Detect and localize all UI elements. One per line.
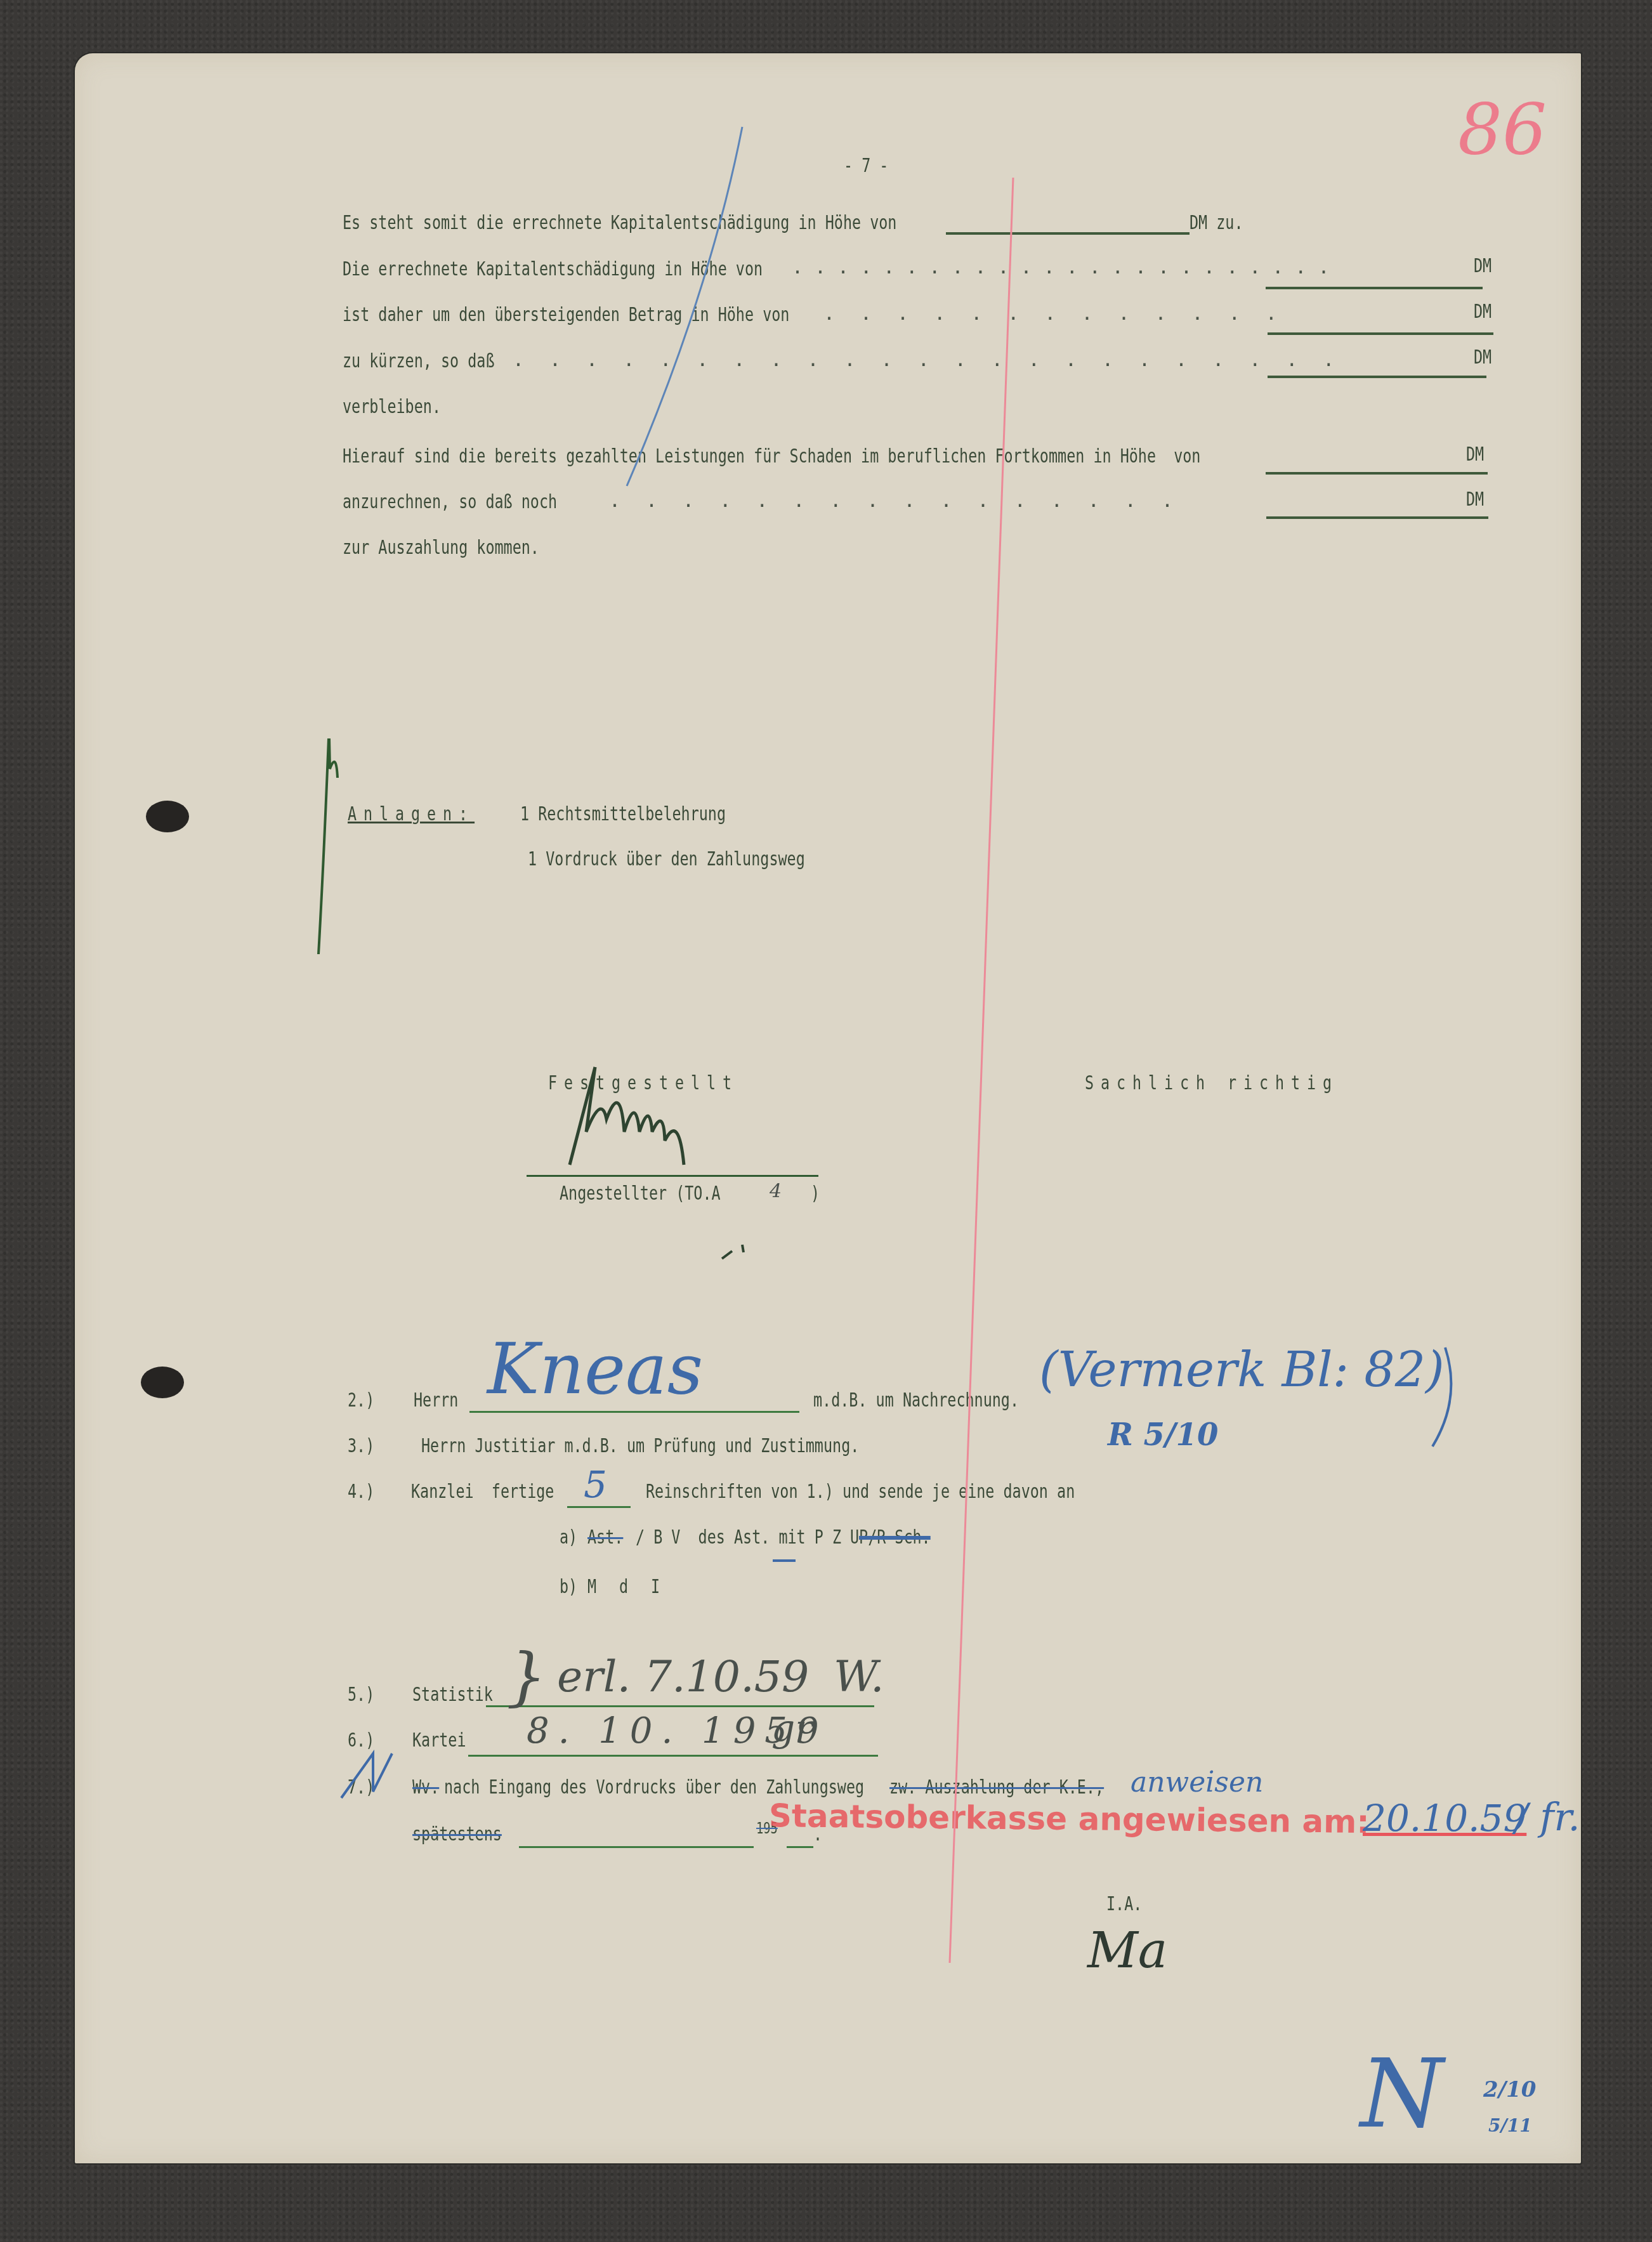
item-number: 5.) — [348, 1684, 374, 1706]
corner-initials: N — [1360, 2039, 1443, 2149]
kartei-blank — [468, 1755, 878, 1757]
item-text: Statistik — [412, 1684, 493, 1706]
sachlich-richtig-heading: Sachlich richtig — [1085, 1072, 1339, 1094]
stamp-date: 20.10.59 — [1363, 1797, 1526, 1840]
count-blank — [567, 1506, 631, 1508]
leader-dots-7: ................ — [609, 490, 1198, 512]
item-text-after: m.d.B. um Nachrechnung. — [813, 1389, 1019, 1412]
sub-a-text: / B V des Ast. mit P Z U / — [636, 1526, 877, 1549]
pzu-underline — [773, 1559, 796, 1562]
item-number: 2.) — [348, 1389, 374, 1412]
stamp-initials: / fr. — [1515, 1795, 1580, 1840]
attachment-item-1: 1 Rechtsmittelbelehrung — [520, 803, 726, 825]
calc-unit-1: DM zu. — [1190, 212, 1243, 234]
calc-line-7: anzurechnen, so daß noch — [343, 491, 557, 513]
calc-line-2: Die errechnete Kapitalentschädigung in H… — [343, 258, 763, 280]
handwritten-anweisen: anweisen — [1131, 1766, 1263, 1799]
calc-line-3: ist daher um den übersteigenden Betrag i… — [343, 304, 789, 326]
calc-blank-3 — [1268, 332, 1493, 335]
sub-a-struck: Ast. — [587, 1526, 623, 1549]
calc-unit-2: DM — [1474, 255, 1491, 277]
spaetestens-blank — [519, 1846, 754, 1848]
spaetestens-struck: spätestens — [412, 1823, 502, 1845]
brace: } — [506, 1639, 547, 1714]
punch-hole-lower — [141, 1367, 184, 1398]
item-number: 7.) — [348, 1776, 374, 1799]
item-struck-start: Wv. — [412, 1776, 439, 1799]
calc-blank-1 — [946, 232, 1190, 235]
handwritten-name: Kneas — [487, 1328, 703, 1410]
stamp-text: Staatsoberkasse angewiesen am: — [769, 1797, 1370, 1840]
handwritten-count: 5 — [584, 1463, 607, 1506]
attachments-label: Anlagen: — [348, 803, 475, 825]
attachment-item-2: 1 Vordruck über den Zahlungsweg — [528, 848, 805, 870]
sub-b-label: b) — [560, 1576, 577, 1598]
margin-mark-line — [318, 738, 329, 954]
calc-line-5: verbleiben. — [343, 396, 441, 418]
calc-unit-3: DM — [1474, 301, 1491, 323]
calc-line-4: zu kürzen, so daß — [343, 350, 494, 372]
ia-signature: Ma — [1087, 1922, 1167, 1979]
handwritten-vermerk: (Vermerk Bl: 82) — [1039, 1341, 1445, 1398]
document-page: 86 - 7 - Es steht somit die errechnete K… — [75, 53, 1581, 2163]
leader-dots-4: ....................... — [513, 349, 1360, 371]
calc-unit-7: DM — [1466, 488, 1484, 511]
signer-role-close: ) — [811, 1183, 820, 1205]
ia-label: I.A. — [1106, 1893, 1142, 1915]
statistik-initials: W. — [834, 1652, 884, 1702]
calc-unit-4: DM — [1474, 346, 1491, 369]
handwritten-initials: R 5/10 — [1108, 1417, 1218, 1453]
folio-number: 86 — [1458, 89, 1547, 170]
handwritten-statistik: erl. 7.10.59 — [557, 1652, 809, 1702]
sub-a-struck-end: P R Sch. — [859, 1526, 931, 1549]
sub-b-text: M d I — [587, 1576, 667, 1598]
item-number: 3.) — [348, 1435, 374, 1457]
item-struck-end: zw. Auszahlung der K.E., — [889, 1776, 1104, 1799]
corner-date-2: 5/11 — [1488, 2115, 1532, 2136]
punch-hole-upper — [146, 801, 189, 832]
year-blank — [787, 1846, 813, 1848]
kartei-initials: gr — [771, 1707, 813, 1750]
leader-dots-2: ........................ — [792, 256, 1341, 279]
signer-grade: 4 — [770, 1180, 782, 1202]
item-number: 4.) — [348, 1481, 374, 1503]
signer-role: Angestellter (TO.A — [560, 1183, 721, 1205]
margin-mark-hook — [329, 738, 338, 778]
calc-blank-4 — [1268, 376, 1486, 378]
calc-line-8: zur Auszahlung kommen. — [343, 537, 539, 559]
item-text: Herrn — [414, 1389, 458, 1412]
signature-line — [527, 1175, 818, 1177]
festgestellt-heading: Festgestellt — [548, 1072, 738, 1094]
name-blank — [469, 1411, 799, 1413]
calc-line-6: Hierauf sind die bereits gezahlten Leist… — [343, 445, 1200, 468]
item-text: Kanzlei fertige — [411, 1481, 554, 1503]
page-number: - 7 - — [844, 155, 888, 177]
calc-blank-6 — [1266, 472, 1488, 475]
leader-dots-3: ............. — [823, 303, 1302, 325]
item-text: nach Eingang des Vordrucks über den Zahl… — [444, 1776, 864, 1799]
calc-unit-6: DM — [1466, 443, 1484, 466]
calc-blank-2 — [1266, 287, 1483, 289]
sub-a-label: a) — [560, 1526, 577, 1549]
calc-line-1: Es steht somit die errechnete Kapitalent… — [343, 212, 896, 234]
grade-check-icon — [722, 1245, 744, 1259]
item-number: 6.) — [348, 1729, 374, 1752]
item-text-after: Reinschriften von 1.) und sende je eine … — [646, 1481, 1075, 1503]
corner-date-1: 2/10 — [1483, 2077, 1536, 2102]
item-text: Kartei — [412, 1729, 466, 1752]
item-text: Herrn Justitiar m.d.B. um Prüfung und Zu… — [421, 1435, 859, 1457]
calc-blank-7 — [1266, 516, 1488, 519]
